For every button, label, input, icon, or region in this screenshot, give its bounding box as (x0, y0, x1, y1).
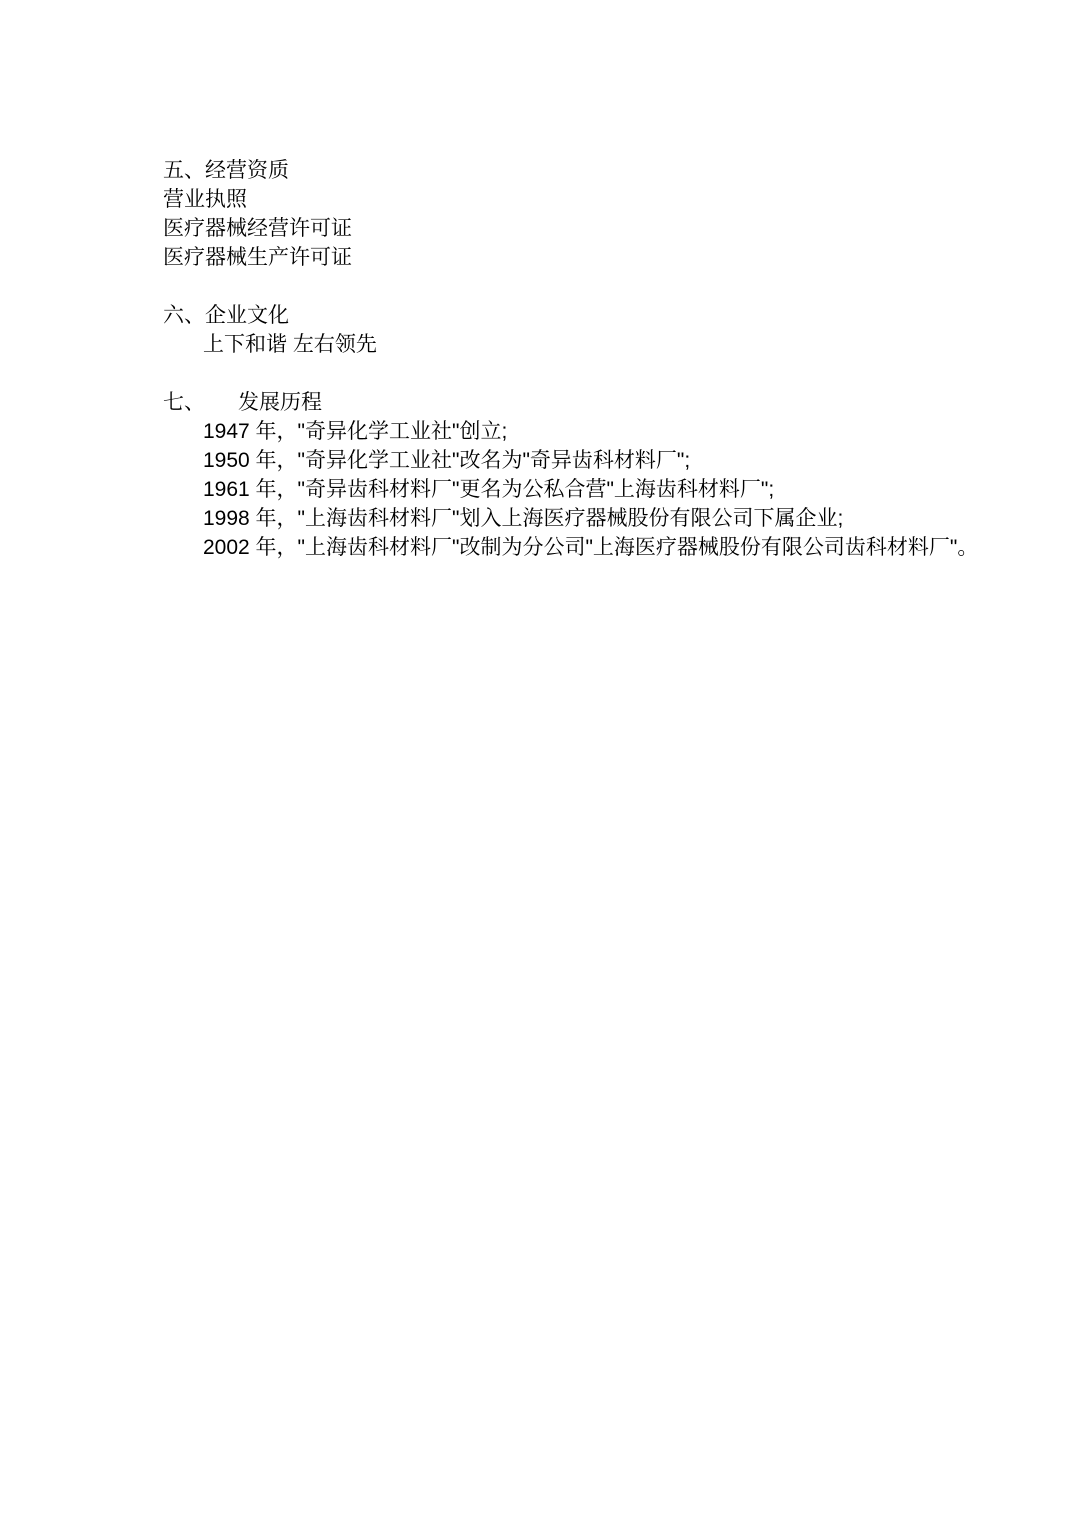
document-body: 五、经营资质 营业执照 医疗器械经营许可证 医疗器械生产许可证 六、企业文化 上… (163, 156, 1063, 562)
history-item-1950: 1950 年，"奇异化学工业社"改名为"奇异齿科材料厂"; (163, 446, 1063, 475)
section-7-number: 七、 (163, 388, 238, 417)
qualification-item-production-permit: 医疗器械生产许可证 (163, 243, 1063, 272)
history-item-1961: 1961 年，"奇异齿科材料厂"更名为公私合营"上海齿科材料厂"; (163, 475, 1063, 504)
section-6-heading: 六、企业文化 (163, 301, 1063, 330)
history-item-2002: 2002 年，"上海齿科材料厂"改制为分公司"上海医疗器械股份有限公司齿科材料厂… (163, 533, 1063, 562)
section-7-title: 发展历程 (238, 391, 322, 414)
history-item-1947: 1947 年，"奇异化学工业社"创立; (163, 417, 1063, 446)
history-item-1998: 1998 年，"上海齿科材料厂"划入上海医疗器械股份有限公司下属企业; (163, 504, 1063, 533)
qualification-item-business-license: 营业执照 (163, 185, 1063, 214)
blank-line (163, 272, 1063, 301)
company-motto: 上下和谐 左右领先 (163, 330, 1063, 359)
section-5-heading: 五、经营资质 (163, 156, 1063, 185)
blank-line (163, 359, 1063, 388)
qualification-item-operating-permit: 医疗器械经营许可证 (163, 214, 1063, 243)
section-7-heading: 七、发展历程 (163, 388, 1063, 417)
document-page: 五、经营资质 营业执照 医疗器械经营许可证 医疗器械生产许可证 六、企业文化 上… (0, 0, 1080, 1527)
